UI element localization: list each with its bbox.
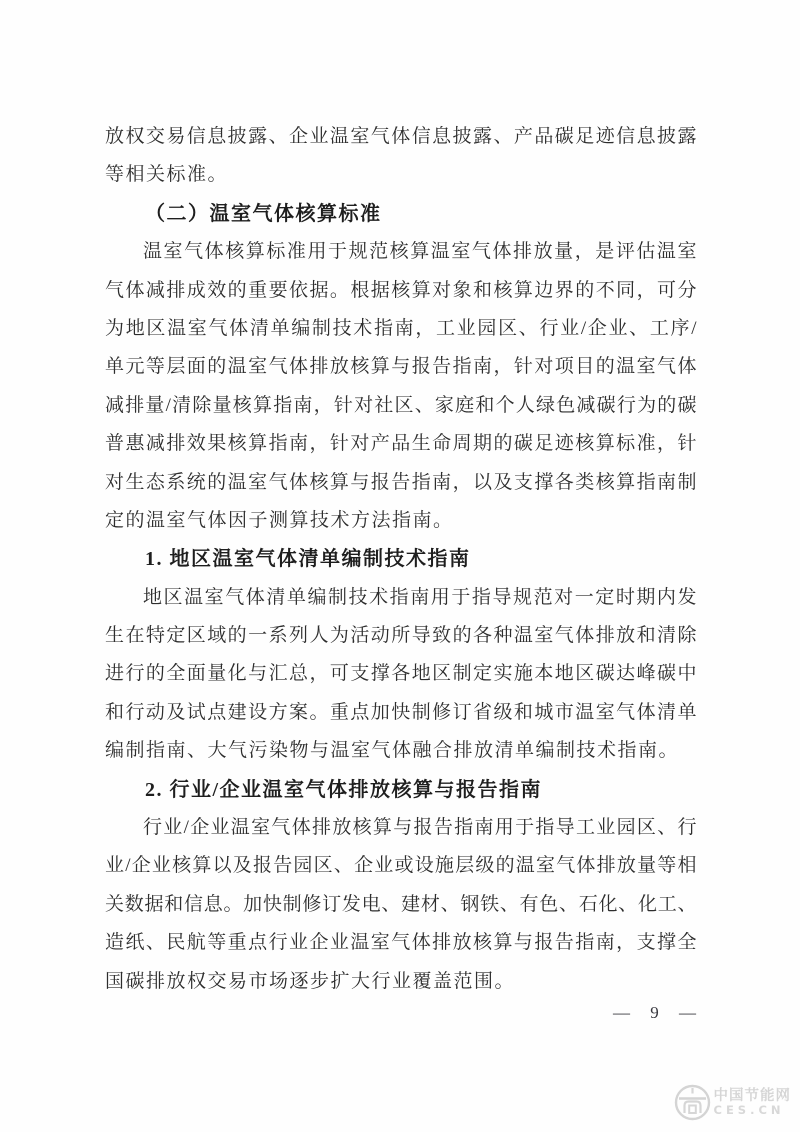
watermark-site-name: 中国节能网	[714, 1089, 792, 1104]
body-text-line: 定的温室气体因子测算技术方法指南。	[105, 502, 697, 540]
subsection-heading-2: 2. 行业/企业温室气体排放核算与报告指南	[105, 771, 697, 809]
body-text-line: 对生态系统的温室气体核算与报告指南，以及支撑各类核算指南制	[105, 464, 697, 502]
body-text-line: 放权交易信息披露、企业温室气体信息披露、产品碳足迹信息披露	[105, 118, 697, 156]
body-text-line: 和行动及试点建设方案。重点加快制修订省级和城市温室气体清单	[105, 694, 697, 732]
body-text-line: 单元等层面的温室气体排放核算与报告指南，针对项目的温室气体	[105, 348, 697, 386]
watermark-site-domain: CES.CN	[714, 1104, 792, 1116]
body-text-line: 业/企业核算以及报告园区、企业或设施层级的温室气体排放量等相	[105, 847, 697, 885]
body-text-line: 温室气体核算标准用于规范核算温室气体排放量，是评估温室	[105, 233, 697, 271]
body-text-line: 造纸、民航等重点行业企业温室气体排放核算与报告指南，支撑全	[105, 924, 697, 962]
body-text-line: 国碳排放权交易市场逐步扩大行业覆盖范围。	[105, 963, 697, 1001]
page-number: — 9 —	[613, 1003, 697, 1023]
body-text-line: 地区温室气体清单编制技术指南用于指导规范对一定时期内发	[105, 579, 697, 617]
body-text-line: 气体减排成效的重要依据。根据核算对象和核算边界的不同，可分	[105, 272, 697, 310]
body-text-line: 进行的全面量化与汇总，可支撑各地区制定实施本地区碳达峰碳中	[105, 655, 697, 693]
body-text-line: 编制指南、大气污染物与温室气体融合排放清单编制技术指南。	[105, 732, 697, 770]
ces-logo-icon	[674, 1084, 711, 1121]
body-text-line: 普惠减排效果核算指南，针对产品生命周期的碳足迹核算标准，针	[105, 425, 697, 463]
subsection-heading-1: 1. 地区温室气体清单编制技术指南	[105, 540, 697, 578]
document-page: 放权交易信息披露、企业温室气体信息披露、产品碳足迹信息披露 等相关标准。 （二）…	[0, 0, 800, 1132]
body-text-line: 行业/企业温室气体排放核算与报告指南用于指导工业园区、行	[105, 809, 697, 847]
document-body: 放权交易信息披露、企业温室气体信息披露、产品碳足迹信息披露 等相关标准。 （二）…	[105, 118, 697, 1001]
section-heading: （二）温室气体核算标准	[105, 195, 697, 233]
watermark: 中国节能网 CES.CN	[674, 1084, 792, 1121]
body-text-line: 关数据和信息。加快制修订发电、建材、钢铁、有色、石化、化工、	[105, 886, 697, 924]
body-text-line: 减排量/清除量核算指南，针对社区、家庭和个人绿色减碳行为的碳	[105, 387, 697, 425]
body-text-line: 等相关标准。	[105, 156, 697, 194]
body-text-line: 为地区温室气体清单编制技术指南，工业园区、行业/企业、工序/	[105, 310, 697, 348]
body-text-line: 生在特定区域的一系列人为活动所导致的各种温室气体排放和清除	[105, 617, 697, 655]
